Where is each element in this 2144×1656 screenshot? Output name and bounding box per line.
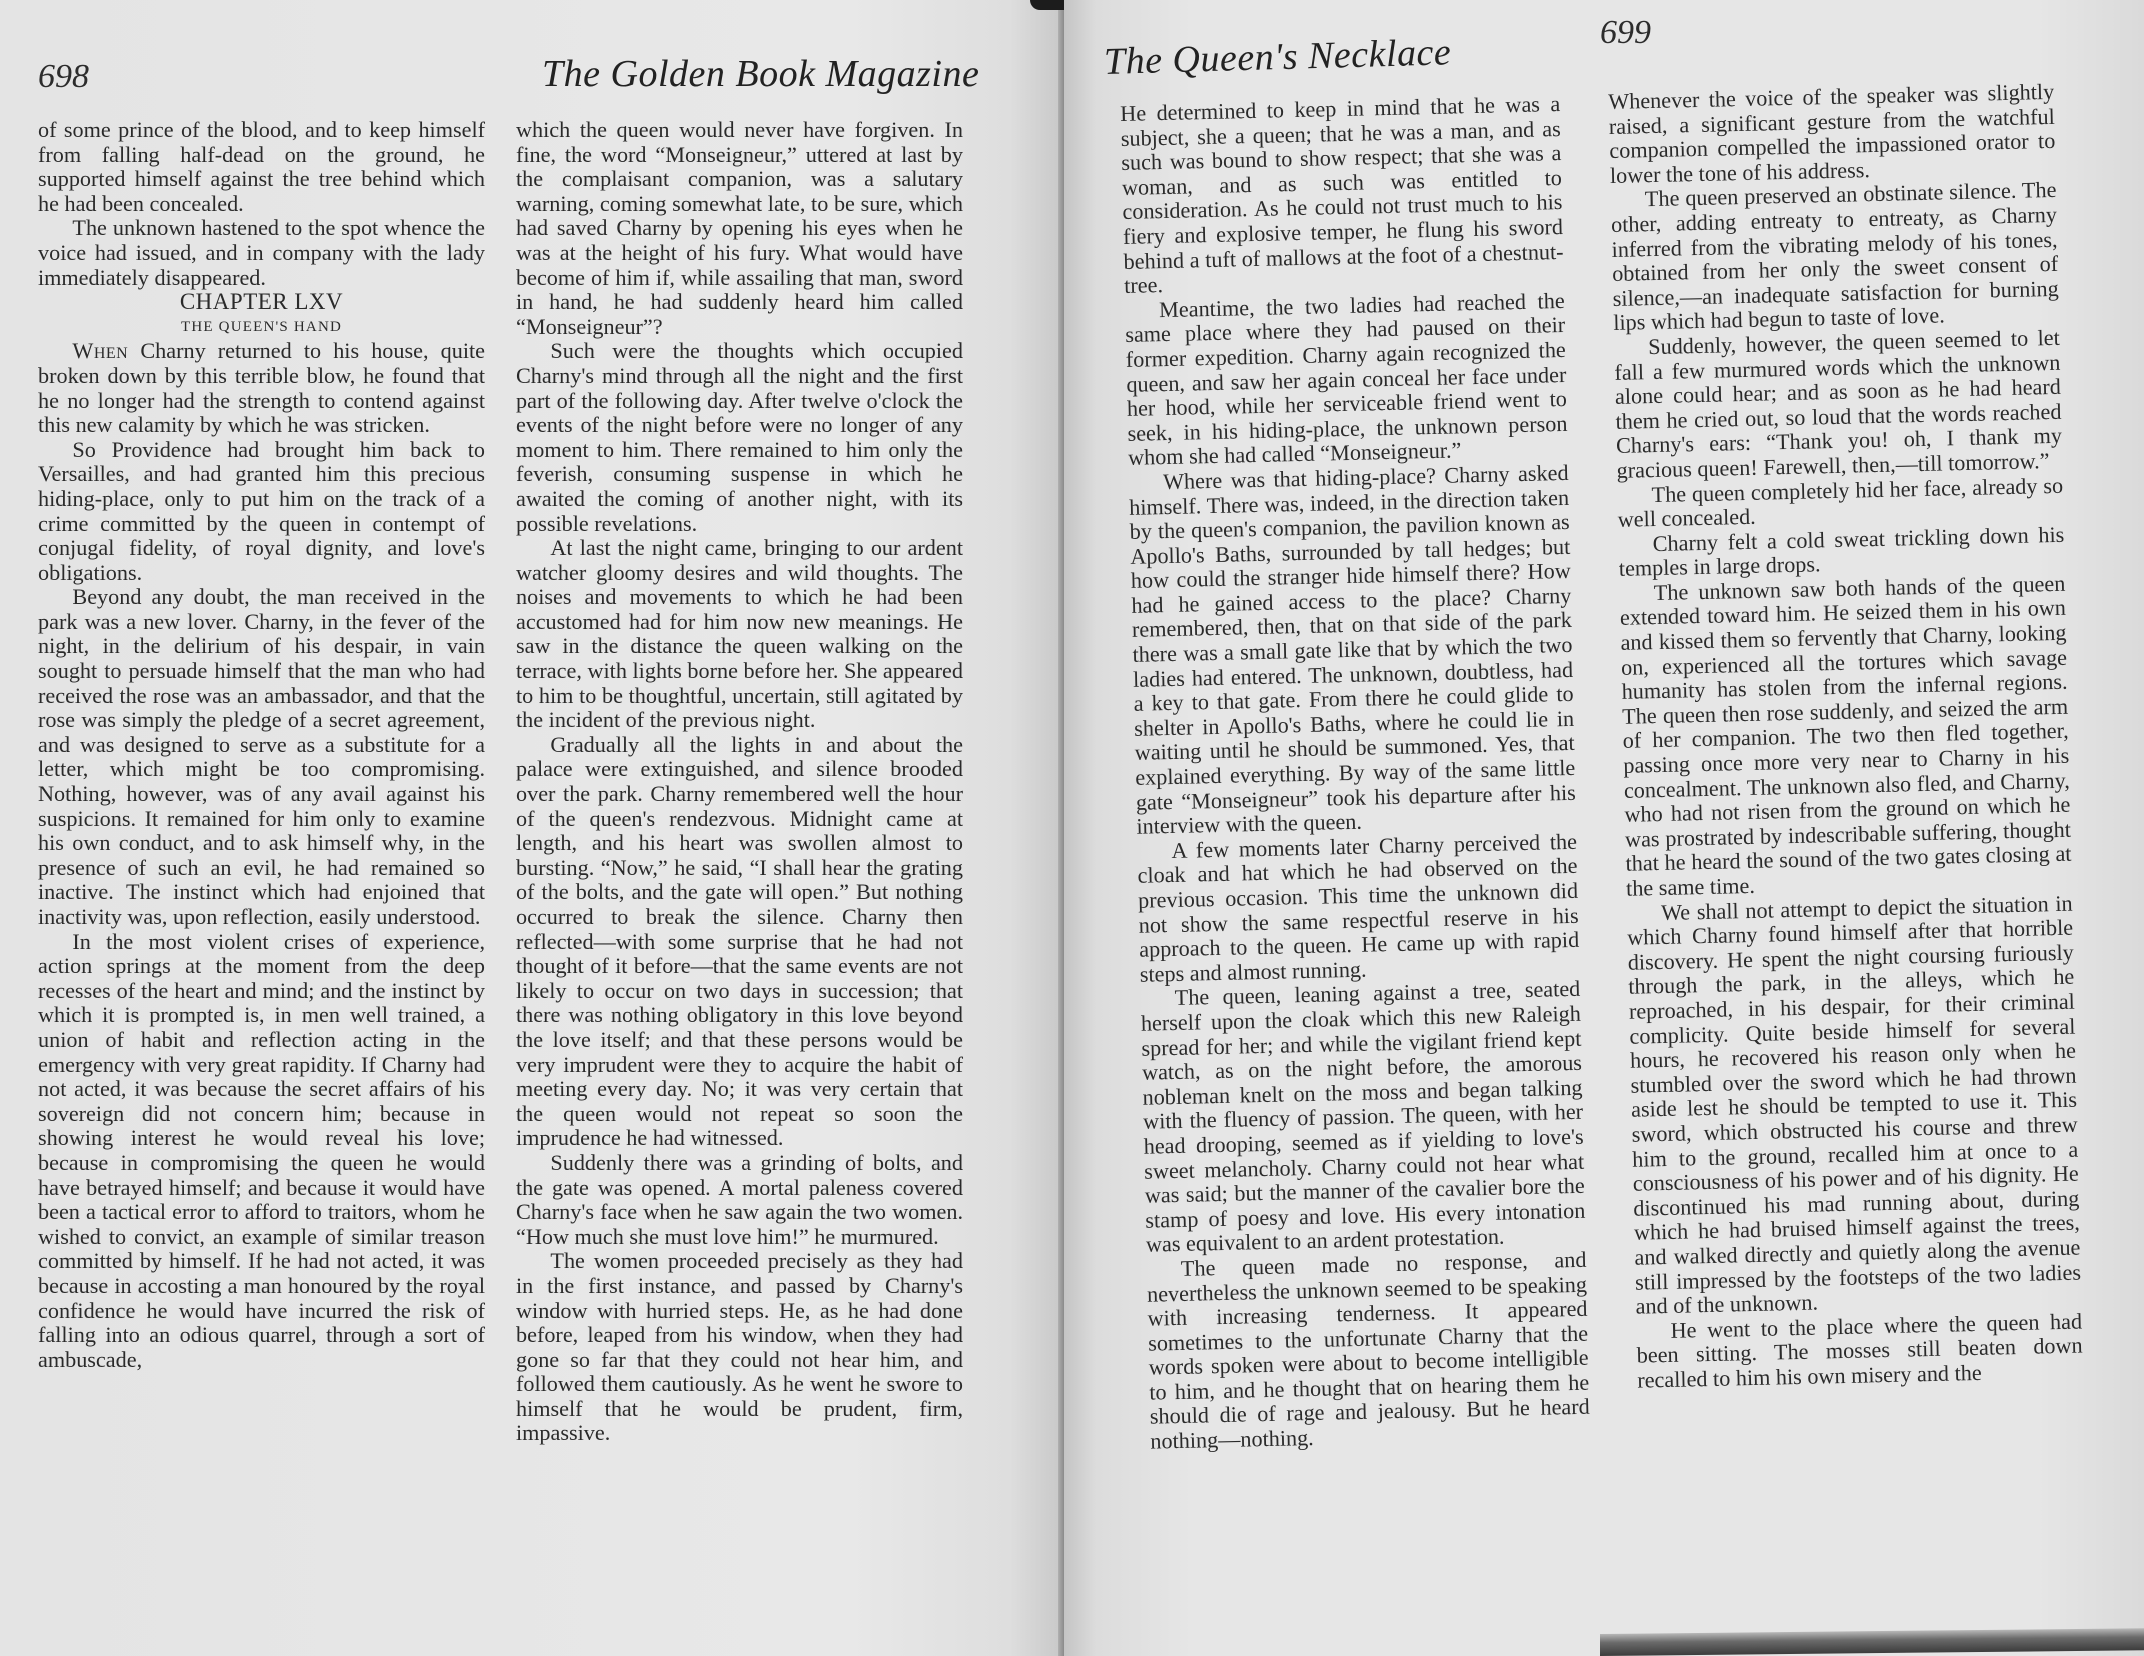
paragraph: So Providence had brought him back to Ve… <box>38 438 485 586</box>
paragraph: Meantime, the two ladies had reached the… <box>1124 289 1568 471</box>
right-page: The Queen's Necklace 699 He determined t… <box>1064 0 2144 1656</box>
paragraph: The queen preserved an obstinate silence… <box>1610 178 2059 336</box>
paragraph: which the queen would never have forgive… <box>516 118 963 339</box>
paragraph: Suddenly there was a grinding of bolts, … <box>516 1151 963 1249</box>
left-page-column-1: of some prince of the blood, and to keep… <box>38 118 485 1372</box>
paragraph: He determined to keep in mind that he wa… <box>1120 92 1564 299</box>
paragraph: Such were the thoughts which occupied Ch… <box>516 339 963 536</box>
paragraph: Gradually all the lights in and about th… <box>516 733 963 1151</box>
paragraph: Suddenly, however, the queen seemed to l… <box>1614 326 2063 484</box>
paragraph: The unknown hastened to the spot whence … <box>38 216 485 290</box>
page-number-right: 699 <box>1600 14 1651 52</box>
paragraph: Beyond any doubt, the man received in th… <box>38 585 485 929</box>
running-head-left: The Golden Book Magazine <box>542 52 979 96</box>
chapter-subtitle: THE QUEEN'S HAND <box>38 315 485 340</box>
left-page: 698 The Golden Book Magazine of some pri… <box>0 0 1062 1656</box>
left-page-column-2: which the queen would never have forgive… <box>516 118 963 1446</box>
paragraph: of some prince of the blood, and to keep… <box>38 118 485 216</box>
page-number-left: 698 <box>38 58 89 96</box>
opening-word: When <box>72 338 128 363</box>
paragraph: The queen, leaning against a tree, seate… <box>1140 977 1586 1257</box>
paragraph-opening: When Charny returned to his house, quite… <box>38 339 485 437</box>
paragraph: A few moments later Charny perceived the… <box>1137 830 1580 988</box>
paragraph: In the most violent crises of experience… <box>38 930 485 1373</box>
paragraph: The queen made no response, and neverthe… <box>1146 1248 1590 1455</box>
running-head-right: The Queen's Necklace <box>1103 30 1451 84</box>
chapter-title: CHAPTER LXV <box>38 290 485 315</box>
right-page-column-2: Whenever the voice of the speaker was sl… <box>1608 80 2083 1393</box>
paragraph: At last the night came, bringing to our … <box>516 536 963 733</box>
paragraph: He went to the place where the queen had… <box>1636 1309 2084 1393</box>
right-page-column-1: He determined to keep in mind that he wa… <box>1120 92 1591 1454</box>
paragraph: The unknown saw both hands of the queen … <box>1619 572 2072 902</box>
paragraph: Where was that hiding-place? Charny aske… <box>1128 461 1576 840</box>
paragraph: We shall not attempt to depict the situa… <box>1626 891 2081 1319</box>
book-spread: 698 The Golden Book Magazine of some pri… <box>0 0 2144 1656</box>
paragraph: Whenever the voice of the speaker was sl… <box>1608 80 2056 188</box>
paragraph: The women proceeded precisely as they ha… <box>516 1249 963 1446</box>
